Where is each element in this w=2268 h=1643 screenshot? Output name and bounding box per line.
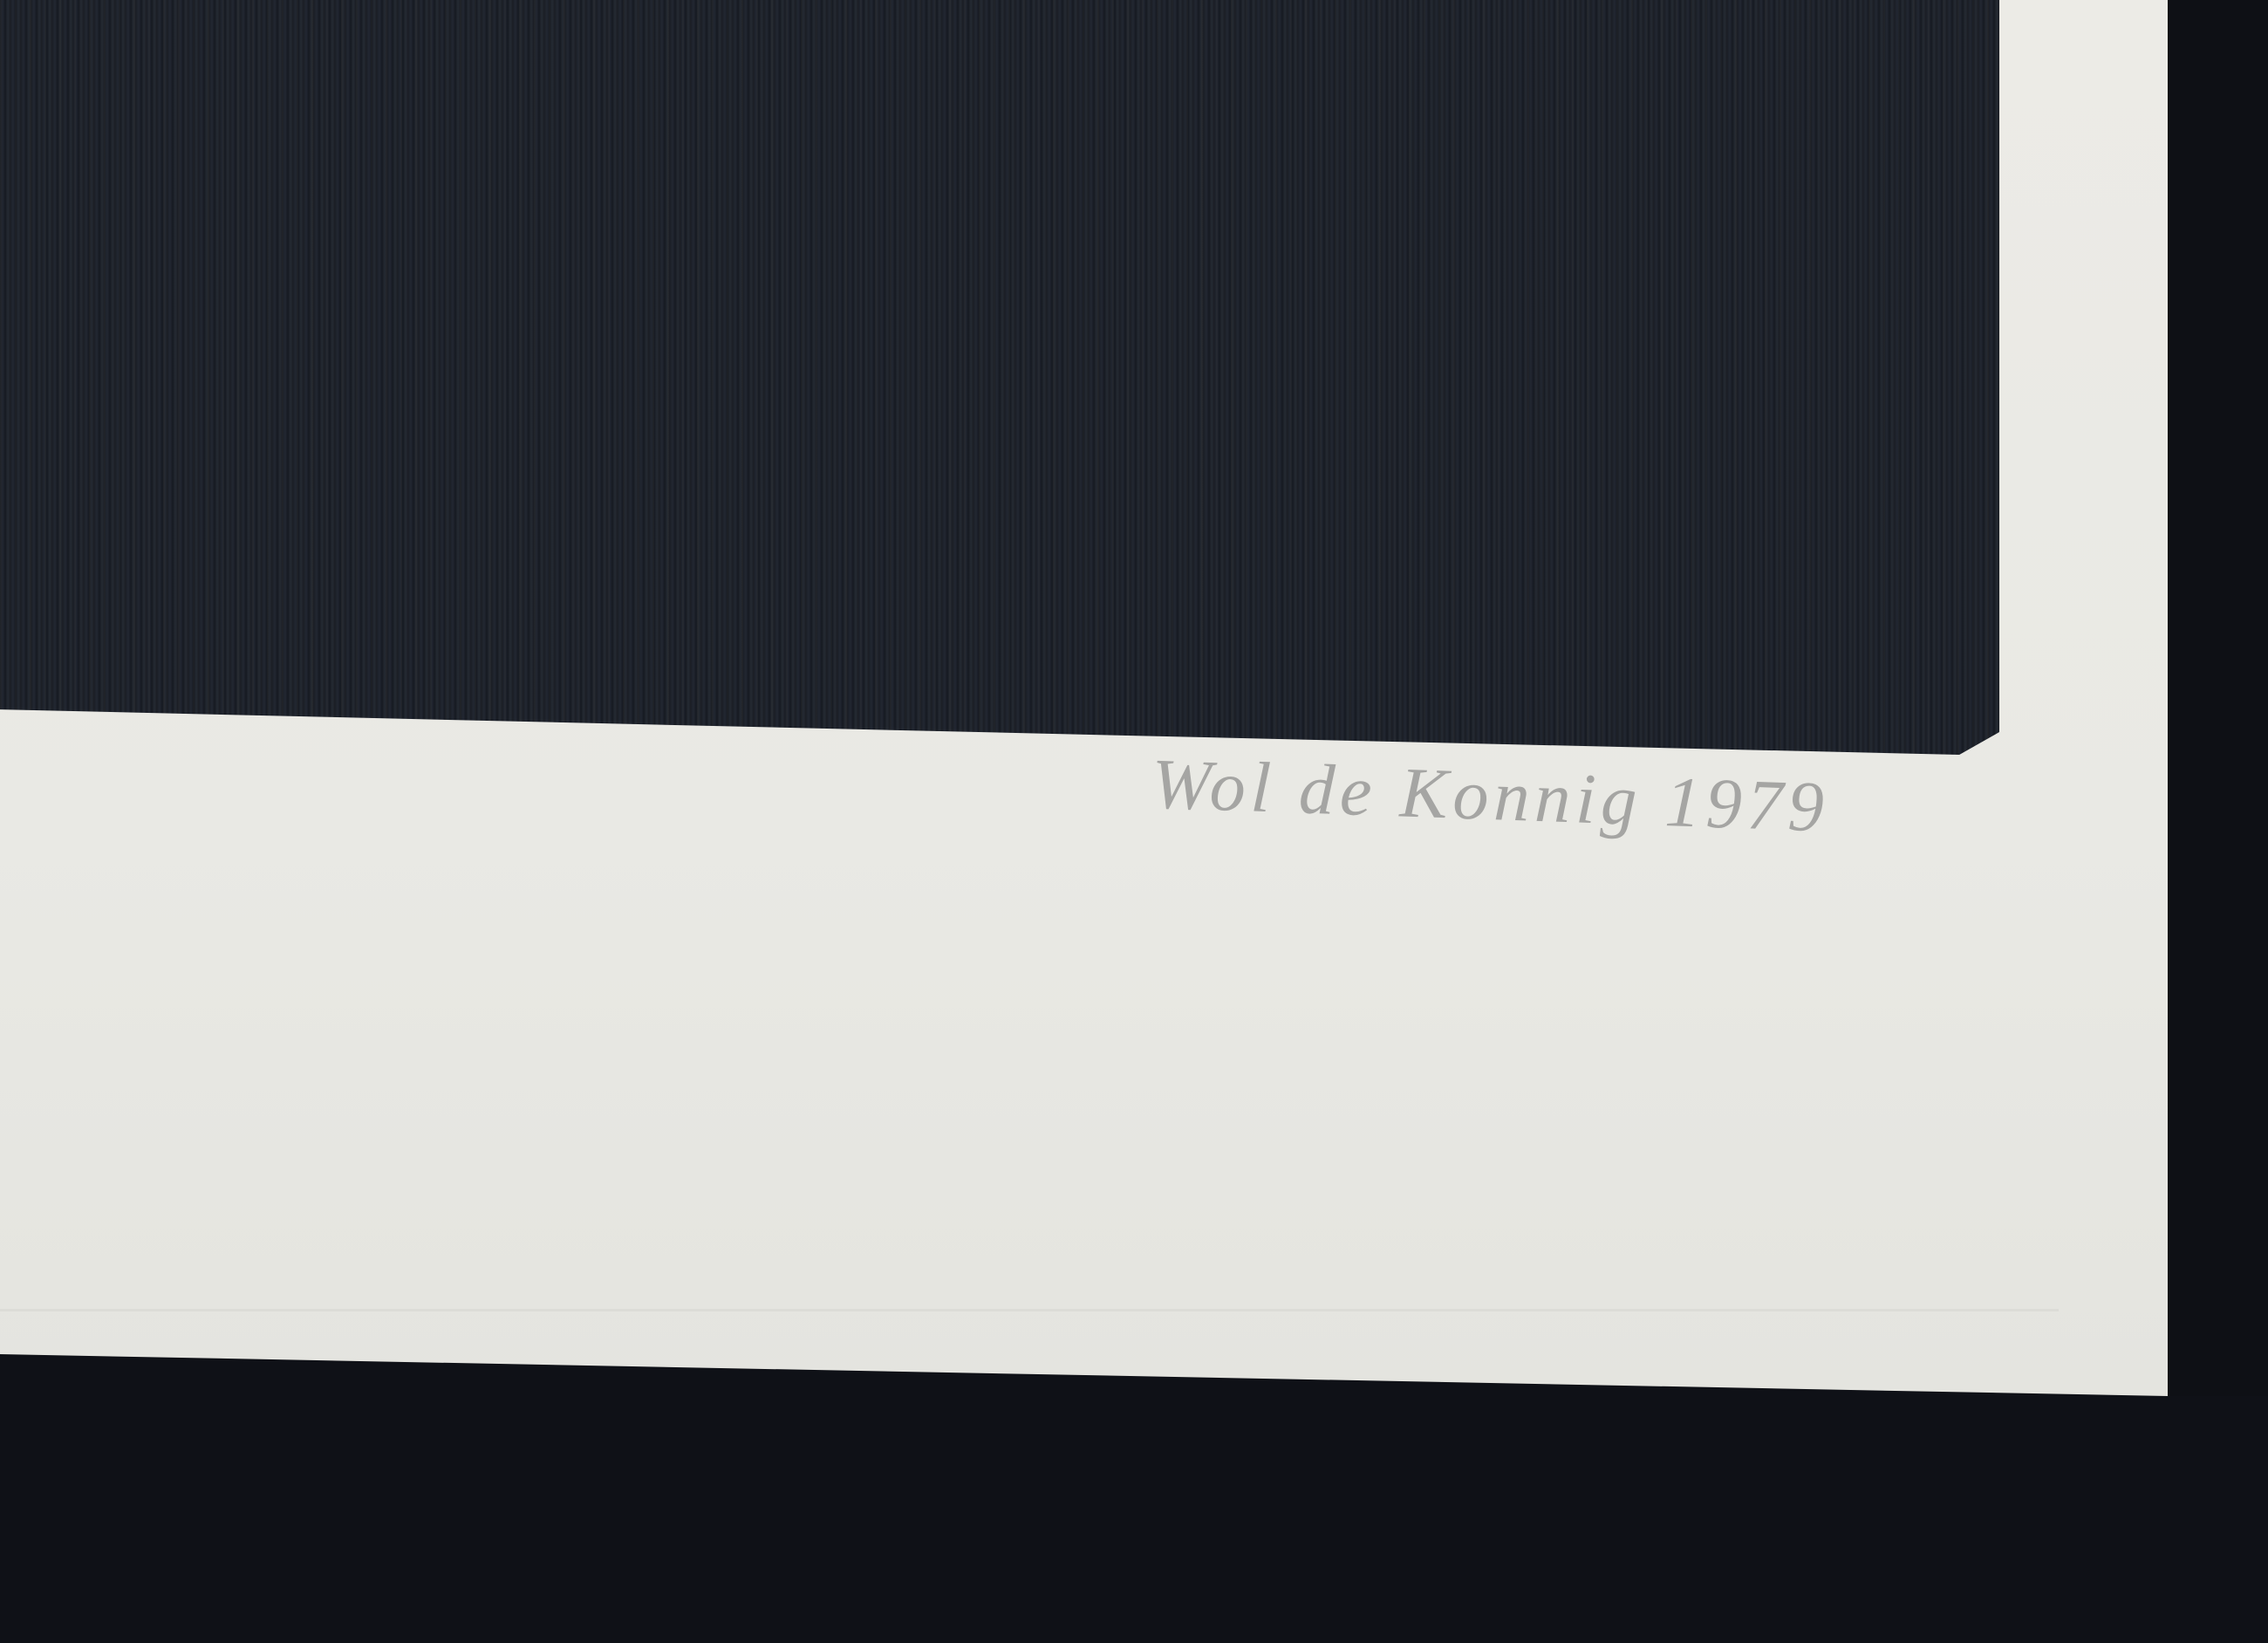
frame-bottom-edge bbox=[0, 1396, 2268, 1643]
plate-mark bbox=[0, 1309, 2059, 1355]
dark-print-area bbox=[0, 0, 1999, 755]
